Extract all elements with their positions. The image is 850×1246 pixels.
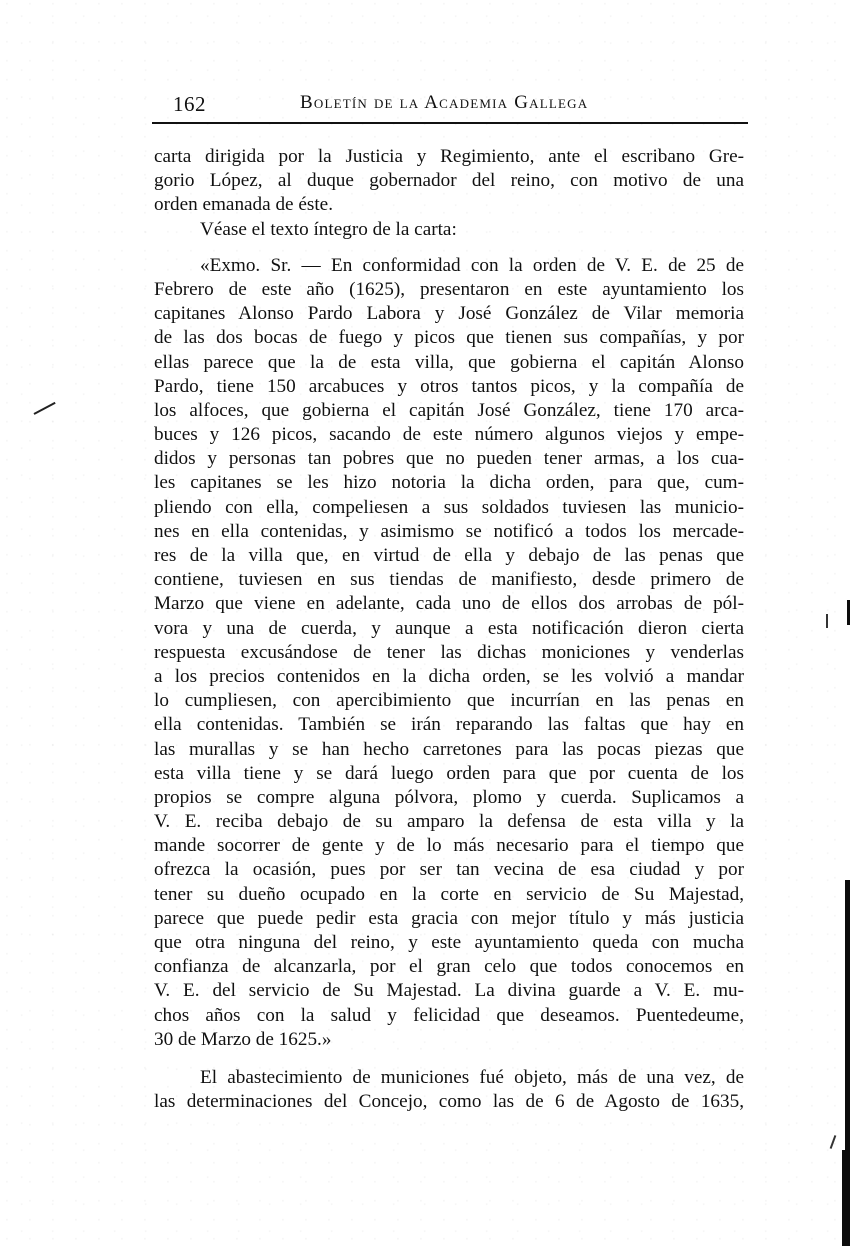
text-line: capitanes Alonso Pardo Labora y José Gon… bbox=[154, 302, 744, 326]
text-line: confianza de alcanzarla, por el gran cel… bbox=[154, 955, 744, 979]
scan-artifact bbox=[34, 402, 56, 415]
text-line: Pardo, tiene 150 arcabuces y otros tanto… bbox=[154, 375, 744, 399]
scan-artifact bbox=[830, 1135, 837, 1149]
text-line: Véase el texto íntegro de la carta: bbox=[154, 218, 744, 242]
text-line: vora y una de cuerda, y aunque a esta no… bbox=[154, 617, 744, 641]
body-text: carta dirigida por la Justicia y Regimie… bbox=[154, 145, 744, 1114]
text-line: orden emanada de éste. bbox=[154, 193, 744, 217]
page-number: 162 bbox=[173, 92, 206, 117]
text-line: gorio López, al duque gobernador del rei… bbox=[154, 169, 744, 193]
scan-artifact bbox=[826, 614, 828, 628]
text-line: didos y personas tan pobres que no puede… bbox=[154, 447, 744, 471]
spacer bbox=[154, 242, 744, 254]
text-line: V. E. reciba debajo de su amparo la defe… bbox=[154, 810, 744, 834]
text-line: a los precios contenidos en la dicha ord… bbox=[154, 665, 744, 689]
paragraph-see-text: Véase el texto íntegro de la carta: bbox=[154, 218, 744, 242]
quoted-letter: «Exmo. Sr. — En conformidad con la orden… bbox=[154, 254, 744, 1052]
paragraph-intro: carta dirigida por la Justicia y Regimie… bbox=[154, 145, 744, 218]
text-line: lo cumpliesen, con apercibimiento que in… bbox=[154, 689, 744, 713]
text-line: ofrezca la ocasión, pues por ser tan vec… bbox=[154, 858, 744, 882]
running-header: 162 Boletín de la Academia Gallega bbox=[153, 92, 748, 118]
text-line: mande socorrer de gente y de lo más nece… bbox=[154, 834, 744, 858]
text-line: tener su dueño ocupado en la corte en se… bbox=[154, 883, 744, 907]
text-line: carta dirigida por la Justicia y Regimie… bbox=[154, 145, 744, 169]
text-line: los alfoces, que gobierna el capitán Jos… bbox=[154, 399, 744, 423]
text-line: El abastecimiento de municiones fué obje… bbox=[154, 1066, 744, 1090]
scanned-page: 162 Boletín de la Academia Gallega carta… bbox=[0, 0, 850, 1246]
text-line: esta villa tiene y se dará luego orden p… bbox=[154, 762, 744, 786]
text-line: respuesta excusándose de tener las dicha… bbox=[154, 641, 744, 665]
text-line: buces y 126 picos, sacando de este númer… bbox=[154, 423, 744, 447]
text-line: propios se compre alguna pólvora, plomo … bbox=[154, 786, 744, 810]
text-line: ellas parece que la de esta villa, que g… bbox=[154, 351, 744, 375]
text-line: contiene, tuviesen en sus tiendas de man… bbox=[154, 568, 744, 592]
running-title: Boletín de la Academia Gallega bbox=[300, 92, 588, 114]
text-line: 30 de Marzo de 1625.» bbox=[154, 1028, 744, 1052]
text-line: que otra ninguna del reino, y este ayunt… bbox=[154, 931, 744, 955]
text-line: «Exmo. Sr. — En conformidad con la orden… bbox=[154, 254, 744, 278]
paragraph-munitions: El abastecimiento de municiones fué obje… bbox=[154, 1066, 744, 1114]
header-rule bbox=[152, 122, 748, 124]
text-line: Marzo que viene en adelante, cada uno de… bbox=[154, 592, 744, 616]
text-line: ella contenidas. También se irán reparan… bbox=[154, 713, 744, 737]
spacer bbox=[154, 1052, 744, 1066]
text-line: las murallas y se han hecho carretones p… bbox=[154, 738, 744, 762]
page-edge-shadow bbox=[842, 1150, 850, 1246]
text-line: las determinaciones del Concejo, como la… bbox=[154, 1090, 744, 1114]
text-line: chos años con la salud y felicidad que d… bbox=[154, 1004, 744, 1028]
text-line: V. E. del servicio de Su Majestad. La di… bbox=[154, 979, 744, 1003]
text-line: nes en ella contenidas, y asimismo se no… bbox=[154, 520, 744, 544]
text-line: les capitanes se les hizo notoria la dic… bbox=[154, 471, 744, 495]
text-line: parece que puede pedir esta gracia con m… bbox=[154, 907, 744, 931]
text-line: res de la villa que, en virtud de ella y… bbox=[154, 544, 744, 568]
text-line: pliendo con ella, compeliesen a sus sold… bbox=[154, 496, 744, 520]
text-line: Febrero de este año (1625), presentaron … bbox=[154, 278, 744, 302]
text-line: de las dos bocas de fuego y picos que ti… bbox=[154, 326, 744, 350]
